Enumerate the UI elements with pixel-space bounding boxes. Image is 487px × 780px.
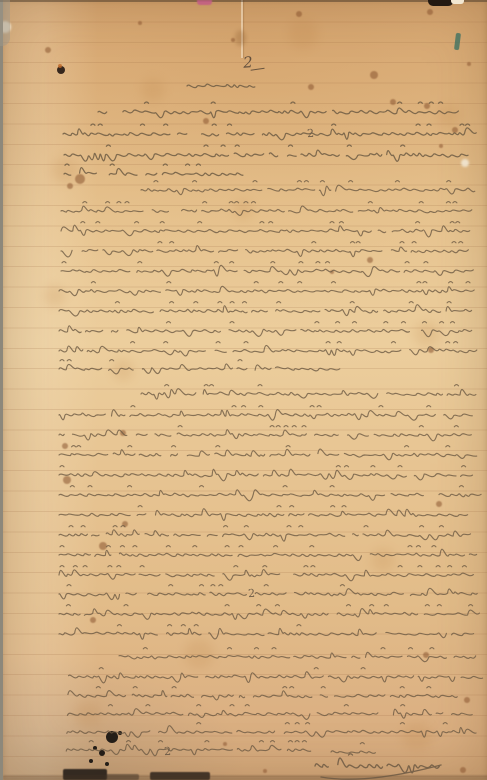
- handwritten-line: [119, 648, 476, 662]
- handwritten-line: [59, 625, 474, 640]
- handwritten-line: [59, 546, 477, 561]
- pink-edge-mark: [197, 0, 212, 5]
- paper-left-edge: [0, 0, 3, 780]
- handwritten-line: [68, 687, 457, 700]
- handwritten-line: [64, 145, 468, 161]
- manuscript-page: 2 222: [3, 0, 487, 780]
- handwritten-line: [141, 181, 475, 196]
- handwritten-text: [3, 0, 487, 780]
- handwritten-line: [59, 486, 481, 501]
- handwritten-line: [59, 302, 472, 316]
- damaged-corner: [0, 0, 10, 46]
- handwritten-line: [59, 605, 479, 620]
- handwritten-line: [59, 566, 473, 581]
- paper-top-edge: [0, 0, 487, 2]
- handwritten-line: [141, 385, 476, 400]
- inline-numeral: 2: [307, 127, 315, 140]
- handwritten-line: [59, 342, 477, 356]
- handwritten-line: [59, 466, 473, 481]
- handwritten-line: [61, 222, 470, 237]
- handwritten-line: [63, 124, 476, 140]
- handwritten-line: [98, 102, 458, 118]
- inline-numeral: 2: [164, 745, 172, 758]
- signature-stroke: [315, 754, 441, 779]
- paragraph-body-2: [59, 385, 481, 640]
- handwritten-line: [69, 668, 483, 683]
- handwritten-line: [59, 282, 474, 296]
- handwritten-line: [59, 406, 472, 421]
- handwritten-line: [67, 705, 472, 720]
- document-photo: 2 222: [0, 0, 487, 780]
- handwritten-line: [61, 202, 472, 216]
- torn-sliver: [451, 0, 464, 4]
- handwritten-line: [59, 322, 472, 337]
- handwritten-line: [66, 741, 311, 756]
- handwritten-line: [64, 164, 243, 176]
- handwritten-heading-line: [187, 84, 255, 88]
- handwritten-line: [59, 506, 468, 521]
- handwritten-line: [59, 426, 471, 441]
- handwritten-line: [59, 446, 477, 460]
- handwritten-line: [59, 585, 477, 600]
- inline-numeral: 2: [248, 587, 256, 600]
- paragraph-body-1: [59, 181, 477, 374]
- heading-handwritten: [187, 84, 255, 88]
- handwritten-line: [67, 723, 476, 738]
- handwritten-line: [59, 360, 340, 374]
- handwritten-line: [331, 743, 375, 754]
- handwritten-line: [59, 526, 471, 542]
- handwritten-line: [61, 262, 473, 277]
- handwritten-line: [61, 242, 468, 257]
- paragraph-salutation: [63, 102, 476, 176]
- paragraph-body-3: [66, 648, 482, 756]
- signature: [315, 754, 441, 779]
